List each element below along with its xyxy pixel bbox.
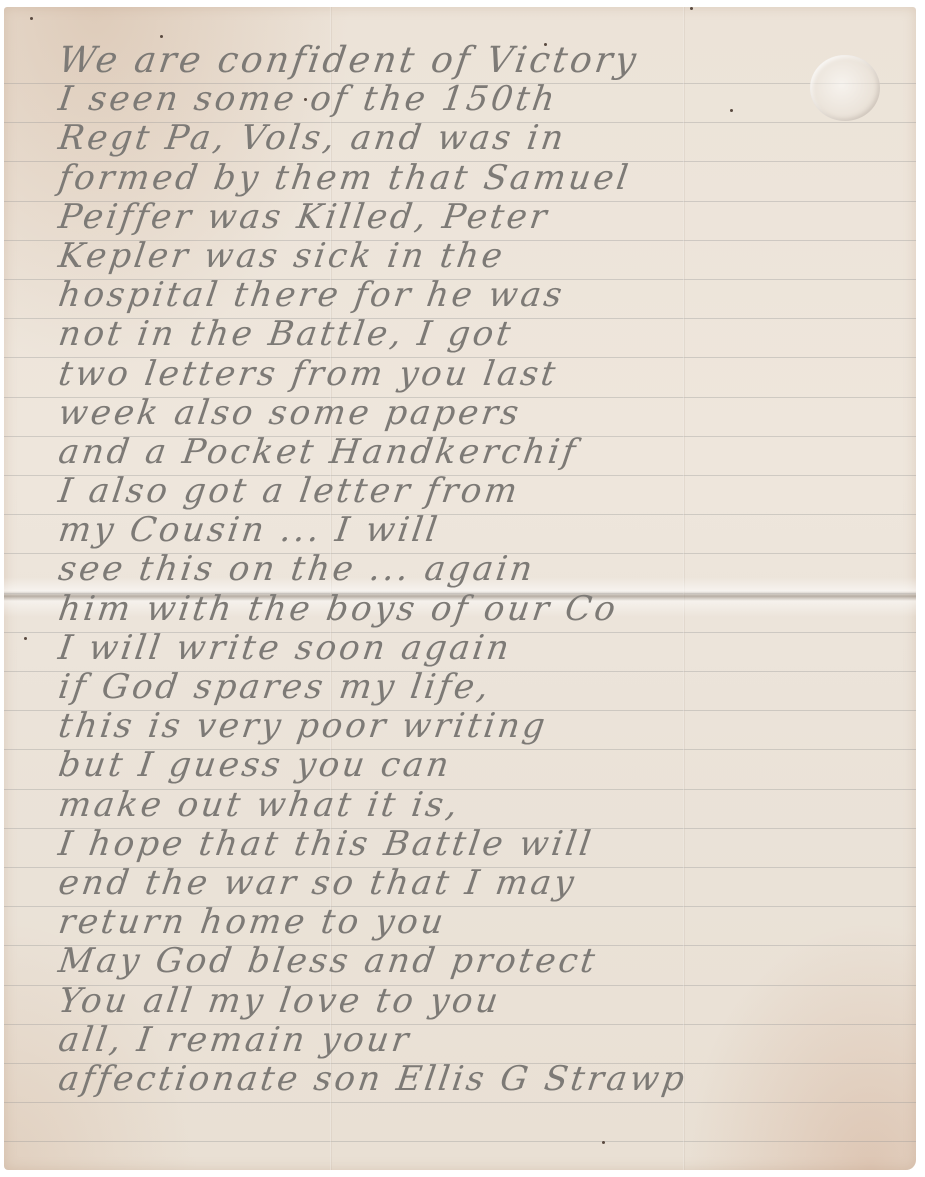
- ink-spot: [690, 7, 693, 10]
- letter-body: We are confident of VictoryI seen some o…: [56, 41, 916, 1099]
- rule-line: [4, 1102, 916, 1103]
- letter-line: and a Pocket Handkerchif: [56, 433, 922, 472]
- letter-signature-line: affectionate son Ellis G Strawp: [56, 1060, 922, 1099]
- letter-line: end the war so that I may: [56, 864, 922, 903]
- letter-line: Regt Pa, Vols, and was in: [56, 119, 922, 158]
- rule-line: [4, 1141, 916, 1142]
- letter-line: I seen some of the 150th: [56, 80, 922, 119]
- letter-line: return home to you: [56, 903, 922, 942]
- letter-page: We are confident of VictoryI seen some o…: [4, 7, 916, 1170]
- letter-line: see this on the ... again: [56, 550, 922, 589]
- ink-spot: [24, 637, 27, 640]
- letter-line: You all my love to you: [56, 982, 922, 1021]
- letter-line: not in the Battle, I got: [56, 315, 922, 354]
- letter-heading: We are confident of Victory: [56, 41, 922, 80]
- letter-line: if God spares my life,: [56, 668, 922, 707]
- letter-line: but I guess you can: [56, 746, 922, 785]
- letter-line: all, I remain your: [56, 1021, 922, 1060]
- letter-line: this is very poor writing: [56, 707, 922, 746]
- letter-line: make out what it is,: [56, 786, 922, 825]
- letter-line: two letters from you last: [56, 355, 922, 394]
- letter-line: Kepler was sick in the: [56, 237, 922, 276]
- letter-line: I also got a letter from: [56, 472, 922, 511]
- letter-line: I will write soon again: [56, 629, 922, 668]
- letter-line: week also some papers: [56, 394, 922, 433]
- letter-line: formed by them that Samuel: [56, 159, 922, 198]
- letter-line: hospital there for he was: [56, 276, 922, 315]
- ink-spot: [160, 35, 163, 38]
- ink-spot: [602, 1141, 605, 1144]
- ink-spot: [30, 17, 33, 20]
- letter-line: May God bless and protect: [56, 942, 922, 981]
- letter-line: I hope that this Battle will: [56, 825, 922, 864]
- letter-line: my Cousin ... I will: [56, 511, 922, 550]
- letter-line: Peiffer was Killed, Peter: [56, 198, 922, 237]
- letter-line: him with the boys of our Co: [56, 590, 922, 629]
